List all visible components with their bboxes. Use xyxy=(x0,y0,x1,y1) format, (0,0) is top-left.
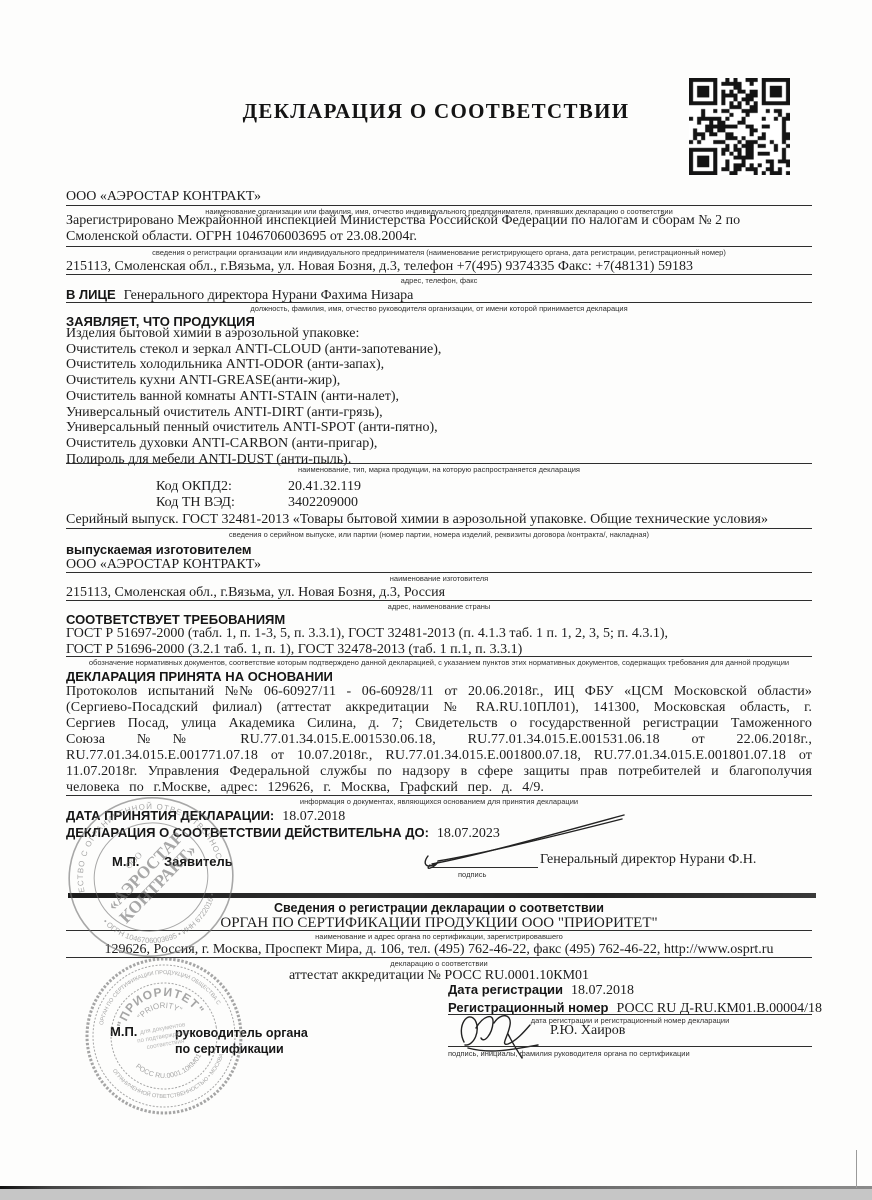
conforms-heading: СООТВЕТСТВУЕТ ТРЕБОВАНИЯМ xyxy=(66,612,812,627)
scan-right-edge xyxy=(856,1150,857,1188)
svg-text:"PRIORITY": "PRIORITY" xyxy=(134,997,185,1022)
certification-body-caption: наименование и адрес органа по сертифика… xyxy=(66,932,812,941)
manufacturer-address-caption: адрес, наименование страны xyxy=(66,602,812,611)
products-caption: наименование, тип, марка продукции, на к… xyxy=(66,465,812,474)
okpd2-value: 20.41.32.119 xyxy=(288,479,361,495)
product-line: Очиститель ванной комнаты ANTI-STAIN (ан… xyxy=(66,389,812,405)
manufacturer-address: 215113, Смоленская обл., г.Вязьма, ул. Н… xyxy=(66,585,812,601)
product-line: Очиститель холодильника ANTI-ODOR (анти-… xyxy=(66,357,812,373)
in-person-caption: должность, фамилия, имя, отчество руково… xyxy=(66,304,812,313)
product-line: Очиститель кухни ANTI-GREASE(анти-жир), xyxy=(66,373,812,389)
product-list: Изделия бытовой химии в аэрозольной упак… xyxy=(66,326,812,467)
in-person-value: Генерального директора Нурани Фахима Низ… xyxy=(124,288,414,303)
basis-caption: информация о документах, являющихся осно… xyxy=(66,797,812,806)
scan-bottom-strip xyxy=(0,1189,872,1200)
tnved-row: Код ТН ВЭД: 3402209000 xyxy=(66,495,812,511)
product-line: Универсальный очиститель ANTI-DIRT (анти… xyxy=(66,405,812,421)
qr-code xyxy=(689,78,790,175)
applicant-label: Заявитель xyxy=(164,854,233,869)
manufacturer-name: ООО «АЭРОСТАР КОНТРАКТ» xyxy=(66,557,812,573)
divider-line xyxy=(448,1046,812,1047)
tnved-label: Код ТН ВЭД: xyxy=(156,495,235,511)
okpd2-label: Код ОКПД2: xyxy=(156,479,232,495)
divider-line xyxy=(66,302,812,303)
certification-body-address: 129626, Россия, г. Москва, Проспект Мира… xyxy=(66,942,812,958)
divider-line xyxy=(66,930,812,931)
divider-line xyxy=(66,463,812,464)
product-line: Универсальный пенный очиститель ANTI-SPO… xyxy=(66,420,812,436)
basis-paragraph: Протоколов испытаний №№ 06-60927/11 - 06… xyxy=(66,684,812,796)
valid-until-label: ДЕКЛАРАЦИЯ О СООТВЕТСТВИИ ДЕЙСТВИТЕЛЬНА … xyxy=(66,825,429,840)
head-sign-caption: подпись, инициалы, фамилия руководителя … xyxy=(448,1049,812,1058)
manufactured-by-heading: выпускаемая изготовителем xyxy=(66,542,812,557)
stamp-name-en: "PRIORITY" xyxy=(134,997,185,1022)
reg-date-value: 18.07.2018 xyxy=(571,983,634,998)
divider-line xyxy=(66,274,812,275)
serial-release: Серийный выпуск. ГОСТ 32481-2013 «Товары… xyxy=(66,512,812,528)
registration-caption: сведения о регистрации организации или и… xyxy=(66,248,812,257)
mp-label: М.П. xyxy=(112,854,139,869)
in-person-label: В ЛИЦЕ xyxy=(66,287,116,302)
standards-caption: обозначение нормативных документов, соот… xyxy=(66,658,812,667)
head-role: руководитель органа по сертификации xyxy=(175,1025,313,1057)
divider-line xyxy=(66,205,812,206)
okpd2-row: Код ОКПД2: 20.41.32.119 xyxy=(66,479,812,495)
reg-date-row: Дата регистрации 18.07.2018 xyxy=(448,981,634,999)
basis-heading: ДЕКЛАРАЦИЯ ПРИНЯТА НА ОСНОВАНИИ xyxy=(66,669,812,684)
reg-date-label: Дата регистрации xyxy=(448,982,563,997)
certification-address-caption: декларацию о соответствии xyxy=(66,959,812,968)
divider-line xyxy=(66,795,812,796)
product-line: Очиститель стекол и зеркал ANTI-CLOUD (а… xyxy=(66,342,812,358)
divider-line xyxy=(66,656,812,657)
declaration-document: ДЕКЛАРАЦИЯ О СООТВЕТСТВИИ ООО «АЭРОСТАР … xyxy=(0,0,872,1200)
declarant-address: 215113, Смоленская обл., г.Вязьма, ул. Н… xyxy=(66,259,812,275)
divider-line xyxy=(66,572,812,573)
divider-line xyxy=(66,957,812,958)
adoption-date-label: ДАТА ПРИНЯТИЯ ДЕКЛАРАЦИИ: xyxy=(66,808,274,823)
product-line: Изделия бытовой химии в аэрозольной упак… xyxy=(66,326,812,342)
address-caption: адрес, телефон, факс xyxy=(66,276,812,285)
declarant-name: ООО «АЭРОСТАР КОНТРАКТ» xyxy=(66,189,812,205)
accreditation-number: аттестат аккредитации № РОСС RU.0001.10К… xyxy=(66,968,812,984)
registration-section-heading: Сведения о регистрации декларации о соот… xyxy=(66,901,812,915)
mp-label: М.П. xyxy=(110,1024,137,1039)
standards-line: ГОСТ Р 51697-2000 (табл. 1, п. 1-3, 5, п… xyxy=(66,626,812,642)
director-signature xyxy=(420,810,635,872)
head-name: Р.Ю. Хаиров xyxy=(550,1023,625,1039)
divider-line xyxy=(66,528,812,529)
manufacturer-caption: наименование изготовителя xyxy=(66,574,812,583)
tnved-value: 3402209000 xyxy=(288,495,358,511)
divider-line xyxy=(66,600,812,601)
serial-caption: сведения о серийном выпуске, или партии … xyxy=(66,530,812,539)
adoption-date-value: 18.07.2018 xyxy=(282,809,345,824)
declarant-registration: Зарегистрировано Межрайонной инспекцией … xyxy=(66,213,812,244)
svg-text:ОГРАНИЧЕННОЙ ОТВЕТСТВЕННОСТЬЮ: ОГРАНИЧЕННОЙ ОТВЕТСТВЕННОСТЬЮ • МОСКВА • xyxy=(110,1049,232,1109)
product-line: Очиститель духовки ANTI-CARBON (анти-при… xyxy=(66,436,812,452)
divider-line xyxy=(66,246,812,247)
section-divider xyxy=(68,893,816,898)
stamp-ring-text: ОГРАНИЧЕННОЙ ОТВЕТСТВЕННОСТЬЮ • МОСКВА • xyxy=(110,1049,232,1109)
